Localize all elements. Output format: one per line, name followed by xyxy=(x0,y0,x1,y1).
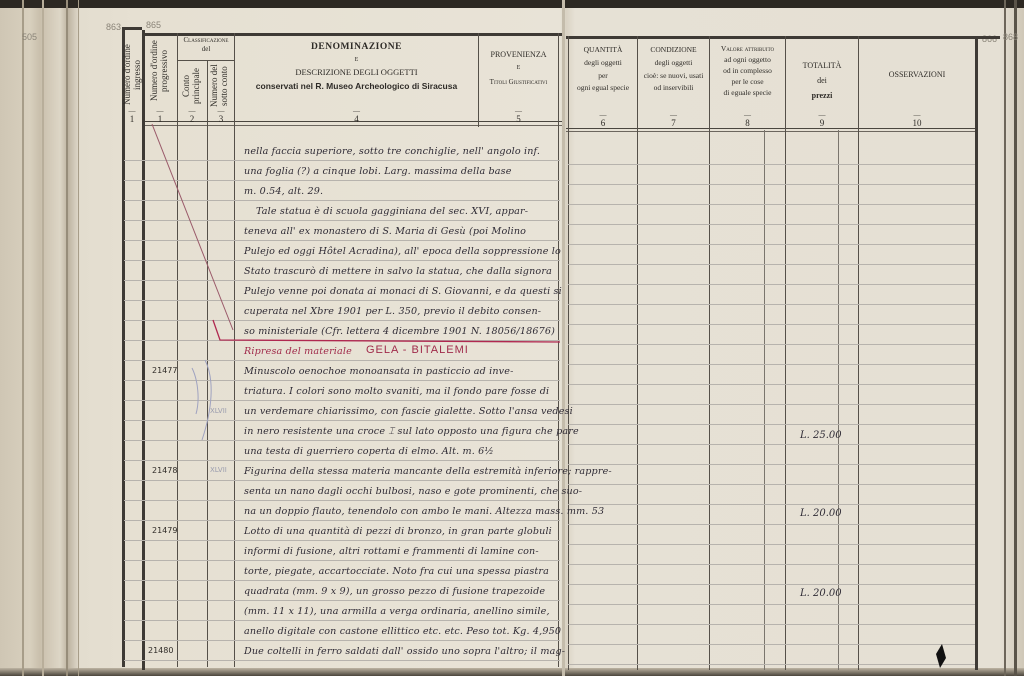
description-line: nella faccia superiore, sotto tre conchi… xyxy=(244,146,540,157)
description-line: Pulejo ed oggi Hôtel Acradina), all' epo… xyxy=(244,246,561,257)
entry-price: L. 20.00 xyxy=(800,508,842,519)
ledger-book-spread: 505 863 865 866 868 Numero d'ordine ingr… xyxy=(0,0,1024,676)
entry-number: 21479 xyxy=(152,526,177,535)
entry-price: L. 20.00 xyxy=(800,588,842,599)
entry-price: L. 25.00 xyxy=(800,430,842,441)
entry-number: 21478 xyxy=(152,466,177,475)
entry-number: 21480 xyxy=(148,646,173,655)
description-line: una foglia (?) a cinque lobi. Larg. mass… xyxy=(244,166,512,177)
pencil-mark: XLVII xyxy=(210,407,227,415)
description-line: Tale statua è di scuola gagginiana del s… xyxy=(256,206,528,217)
description-line: Pulejo venne poi donata ai monaci di S. … xyxy=(244,286,562,297)
description-line: cuperata nel Xbre 1901 per L. 350, previ… xyxy=(244,306,541,317)
description-line: so ministeriale (Cfr. lettera 4 dicembre… xyxy=(244,326,555,337)
entry-number: 21477 xyxy=(152,366,177,375)
description-line: teneva all' ex monastero di S. Maria di … xyxy=(244,226,526,237)
pencil-mark: XLVII xyxy=(210,466,227,474)
description-line: Stato trascurò di mettere in salvo la st… xyxy=(244,266,552,277)
description-line: m. 0.54, alt. 29. xyxy=(244,186,323,197)
